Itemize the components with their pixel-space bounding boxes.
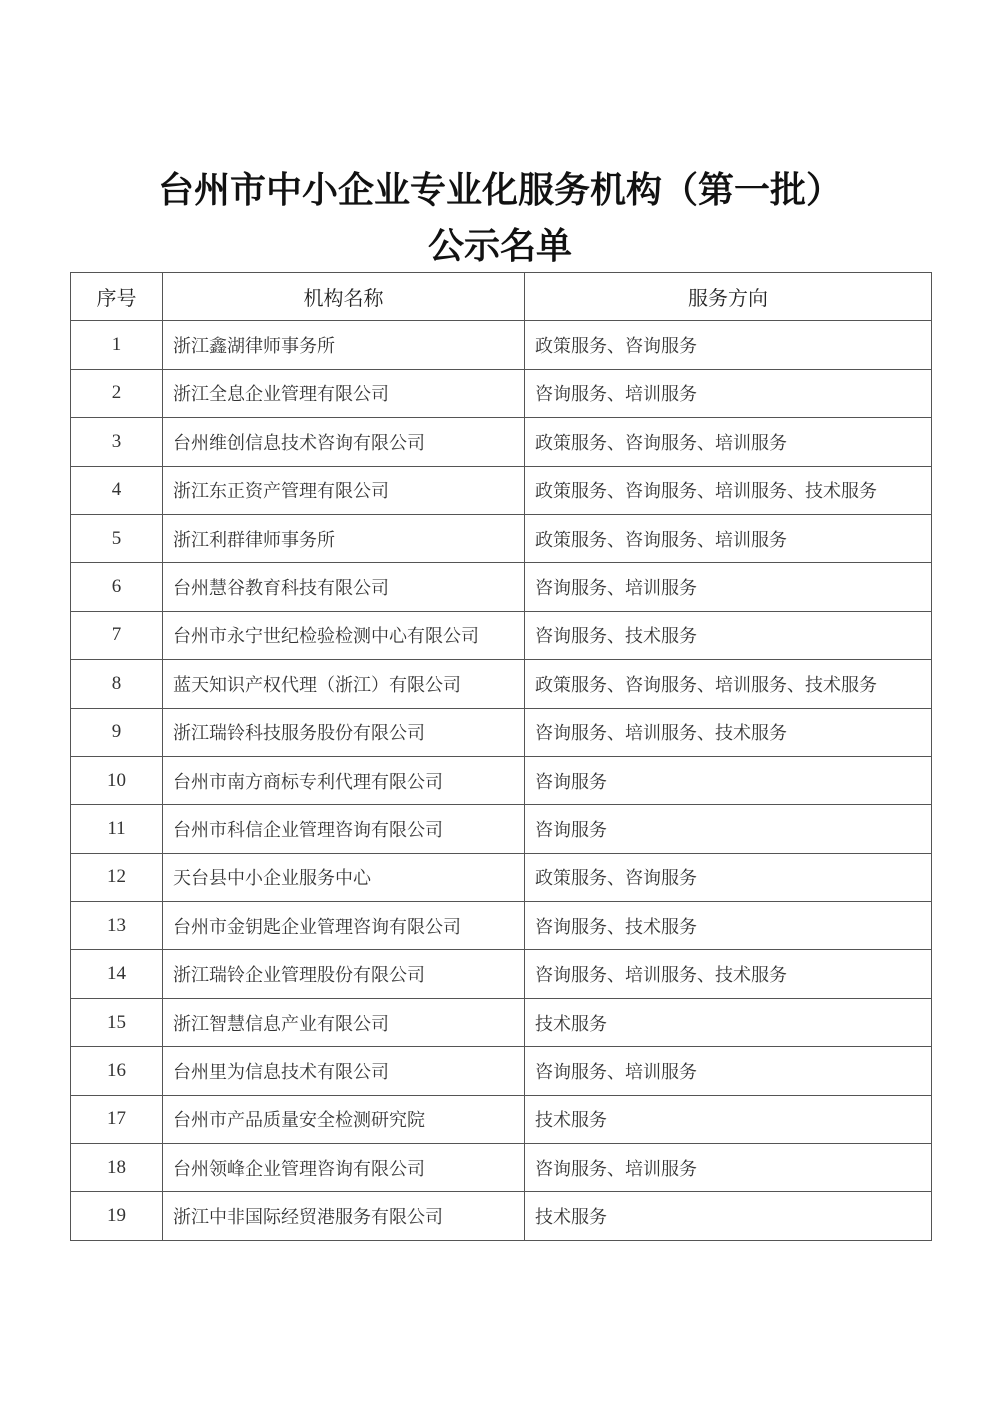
table-row: 13台州市金钥匙企业管理咨询有限公司咨询服务、技术服务 xyxy=(71,902,932,950)
serial-number-cell: 19 xyxy=(71,1192,163,1240)
service-direction-cell: 咨询服务、培训服务、技术服务 xyxy=(525,708,932,756)
table-row: 6台州慧谷教育科技有限公司咨询服务、培训服务 xyxy=(71,563,932,611)
service-direction-cell: 政策服务、咨询服务 xyxy=(525,321,932,369)
service-direction-cell: 咨询服务、培训服务 xyxy=(525,1047,932,1095)
institution-name-cell: 台州市科信企业管理咨询有限公司 xyxy=(163,805,525,853)
serial-number-cell: 16 xyxy=(71,1047,163,1095)
table-row: 9浙江瑞铃科技服务股份有限公司咨询服务、培训服务、技术服务 xyxy=(71,708,932,756)
serial-number-cell: 11 xyxy=(71,805,163,853)
service-direction-cell: 咨询服务、技术服务 xyxy=(525,902,932,950)
table-row: 16台州里为信息技术有限公司咨询服务、培训服务 xyxy=(71,1047,932,1095)
document-subtitle: 公示名单 xyxy=(0,218,1000,269)
table-row: 4浙江东正资产管理有限公司政策服务、咨询服务、培训服务、技术服务 xyxy=(71,466,932,514)
institution-name-cell: 浙江东正资产管理有限公司 xyxy=(163,466,525,514)
serial-number-cell: 17 xyxy=(71,1095,163,1143)
institution-name-cell: 台州市金钥匙企业管理咨询有限公司 xyxy=(163,902,525,950)
serial-number-cell: 10 xyxy=(71,756,163,804)
institution-name-cell: 台州市南方商标专利代理有限公司 xyxy=(163,756,525,804)
institution-name-cell: 浙江瑞铃企业管理股份有限公司 xyxy=(163,950,525,998)
service-direction-cell: 技术服务 xyxy=(525,1095,932,1143)
service-direction-cell: 技术服务 xyxy=(525,998,932,1046)
institution-name-cell: 台州维创信息技术咨询有限公司 xyxy=(163,418,525,466)
service-direction-cell: 咨询服务 xyxy=(525,805,932,853)
table-row: 11台州市科信企业管理咨询有限公司咨询服务 xyxy=(71,805,932,853)
service-direction-cell: 咨询服务、培训服务 xyxy=(525,563,932,611)
serial-number-cell: 18 xyxy=(71,1144,163,1192)
service-direction-cell: 政策服务、咨询服务 xyxy=(525,853,932,901)
table-row: 1浙江鑫湖律师事务所政策服务、咨询服务 xyxy=(71,321,932,369)
institution-name-cell: 台州市产品质量安全检测研究院 xyxy=(163,1095,525,1143)
institution-name-cell: 台州市永宁世纪检验检测中心有限公司 xyxy=(163,611,525,659)
institution-name-cell: 浙江中非国际经贸港服务有限公司 xyxy=(163,1192,525,1240)
table-row: 5浙江利群律师事务所政策服务、咨询服务、培训服务 xyxy=(71,514,932,562)
table-row: 3台州维创信息技术咨询有限公司政策服务、咨询服务、培训服务 xyxy=(71,418,932,466)
institution-name-cell: 浙江智慧信息产业有限公司 xyxy=(163,998,525,1046)
serial-number-cell: 4 xyxy=(71,466,163,514)
institution-name-cell: 天台县中小企业服务中心 xyxy=(163,853,525,901)
institution-list-table: 序号 机构名称 服务方向 1浙江鑫湖律师事务所政策服务、咨询服务2浙江全息企业管… xyxy=(70,272,932,1241)
institution-name-cell: 蓝天知识产权代理（浙江）有限公司 xyxy=(163,660,525,708)
serial-number-cell: 2 xyxy=(71,369,163,417)
institution-name-cell: 台州里为信息技术有限公司 xyxy=(163,1047,525,1095)
serial-number-cell: 9 xyxy=(71,708,163,756)
institution-name-cell: 浙江利群律师事务所 xyxy=(163,514,525,562)
service-direction-cell: 咨询服务、培训服务 xyxy=(525,369,932,417)
serial-number-cell: 14 xyxy=(71,950,163,998)
service-direction-cell: 咨询服务 xyxy=(525,756,932,804)
serial-number-cell: 5 xyxy=(71,514,163,562)
table-row: 8蓝天知识产权代理（浙江）有限公司政策服务、咨询服务、培训服务、技术服务 xyxy=(71,660,932,708)
serial-number-cell: 6 xyxy=(71,563,163,611)
institution-name-cell: 台州领峰企业管理咨询有限公司 xyxy=(163,1144,525,1192)
service-direction-cell: 咨询服务、技术服务 xyxy=(525,611,932,659)
institution-name-cell: 浙江全息企业管理有限公司 xyxy=(163,369,525,417)
serial-number-cell: 13 xyxy=(71,902,163,950)
table-body: 1浙江鑫湖律师事务所政策服务、咨询服务2浙江全息企业管理有限公司咨询服务、培训服… xyxy=(71,321,932,1240)
serial-number-cell: 15 xyxy=(71,998,163,1046)
service-direction-cell: 政策服务、咨询服务、培训服务、技术服务 xyxy=(525,466,932,514)
header-institution-name: 机构名称 xyxy=(163,273,525,321)
serial-number-cell: 1 xyxy=(71,321,163,369)
serial-number-cell: 8 xyxy=(71,660,163,708)
table-row: 14浙江瑞铃企业管理股份有限公司咨询服务、培训服务、技术服务 xyxy=(71,950,932,998)
service-direction-cell: 政策服务、咨询服务、培训服务、技术服务 xyxy=(525,660,932,708)
service-direction-cell: 政策服务、咨询服务、培训服务 xyxy=(525,418,932,466)
service-direction-cell: 技术服务 xyxy=(525,1192,932,1240)
institution-name-cell: 台州慧谷教育科技有限公司 xyxy=(163,563,525,611)
table-row: 18台州领峰企业管理咨询有限公司咨询服务、培训服务 xyxy=(71,1144,932,1192)
table-header-row: 序号 机构名称 服务方向 xyxy=(71,273,932,321)
table-row: 15浙江智慧信息产业有限公司技术服务 xyxy=(71,998,932,1046)
institution-name-cell: 浙江鑫湖律师事务所 xyxy=(163,321,525,369)
service-direction-cell: 咨询服务、培训服务 xyxy=(525,1144,932,1192)
serial-number-cell: 12 xyxy=(71,853,163,901)
institution-name-cell: 浙江瑞铃科技服务股份有限公司 xyxy=(163,708,525,756)
service-direction-cell: 咨询服务、培训服务、技术服务 xyxy=(525,950,932,998)
service-direction-cell: 政策服务、咨询服务、培训服务 xyxy=(525,514,932,562)
serial-number-cell: 3 xyxy=(71,418,163,466)
header-serial-number: 序号 xyxy=(71,273,163,321)
table-row: 19浙江中非国际经贸港服务有限公司技术服务 xyxy=(71,1192,932,1240)
document-title: 台州市中小企业专业化服务机构（第一批） xyxy=(0,162,1000,213)
header-service-direction: 服务方向 xyxy=(525,273,932,321)
table-row: 10台州市南方商标专利代理有限公司咨询服务 xyxy=(71,756,932,804)
serial-number-cell: 7 xyxy=(71,611,163,659)
table-row: 17台州市产品质量安全检测研究院技术服务 xyxy=(71,1095,932,1143)
table-row: 12天台县中小企业服务中心政策服务、咨询服务 xyxy=(71,853,932,901)
table-row: 7台州市永宁世纪检验检测中心有限公司咨询服务、技术服务 xyxy=(71,611,932,659)
table-row: 2浙江全息企业管理有限公司咨询服务、培训服务 xyxy=(71,369,932,417)
